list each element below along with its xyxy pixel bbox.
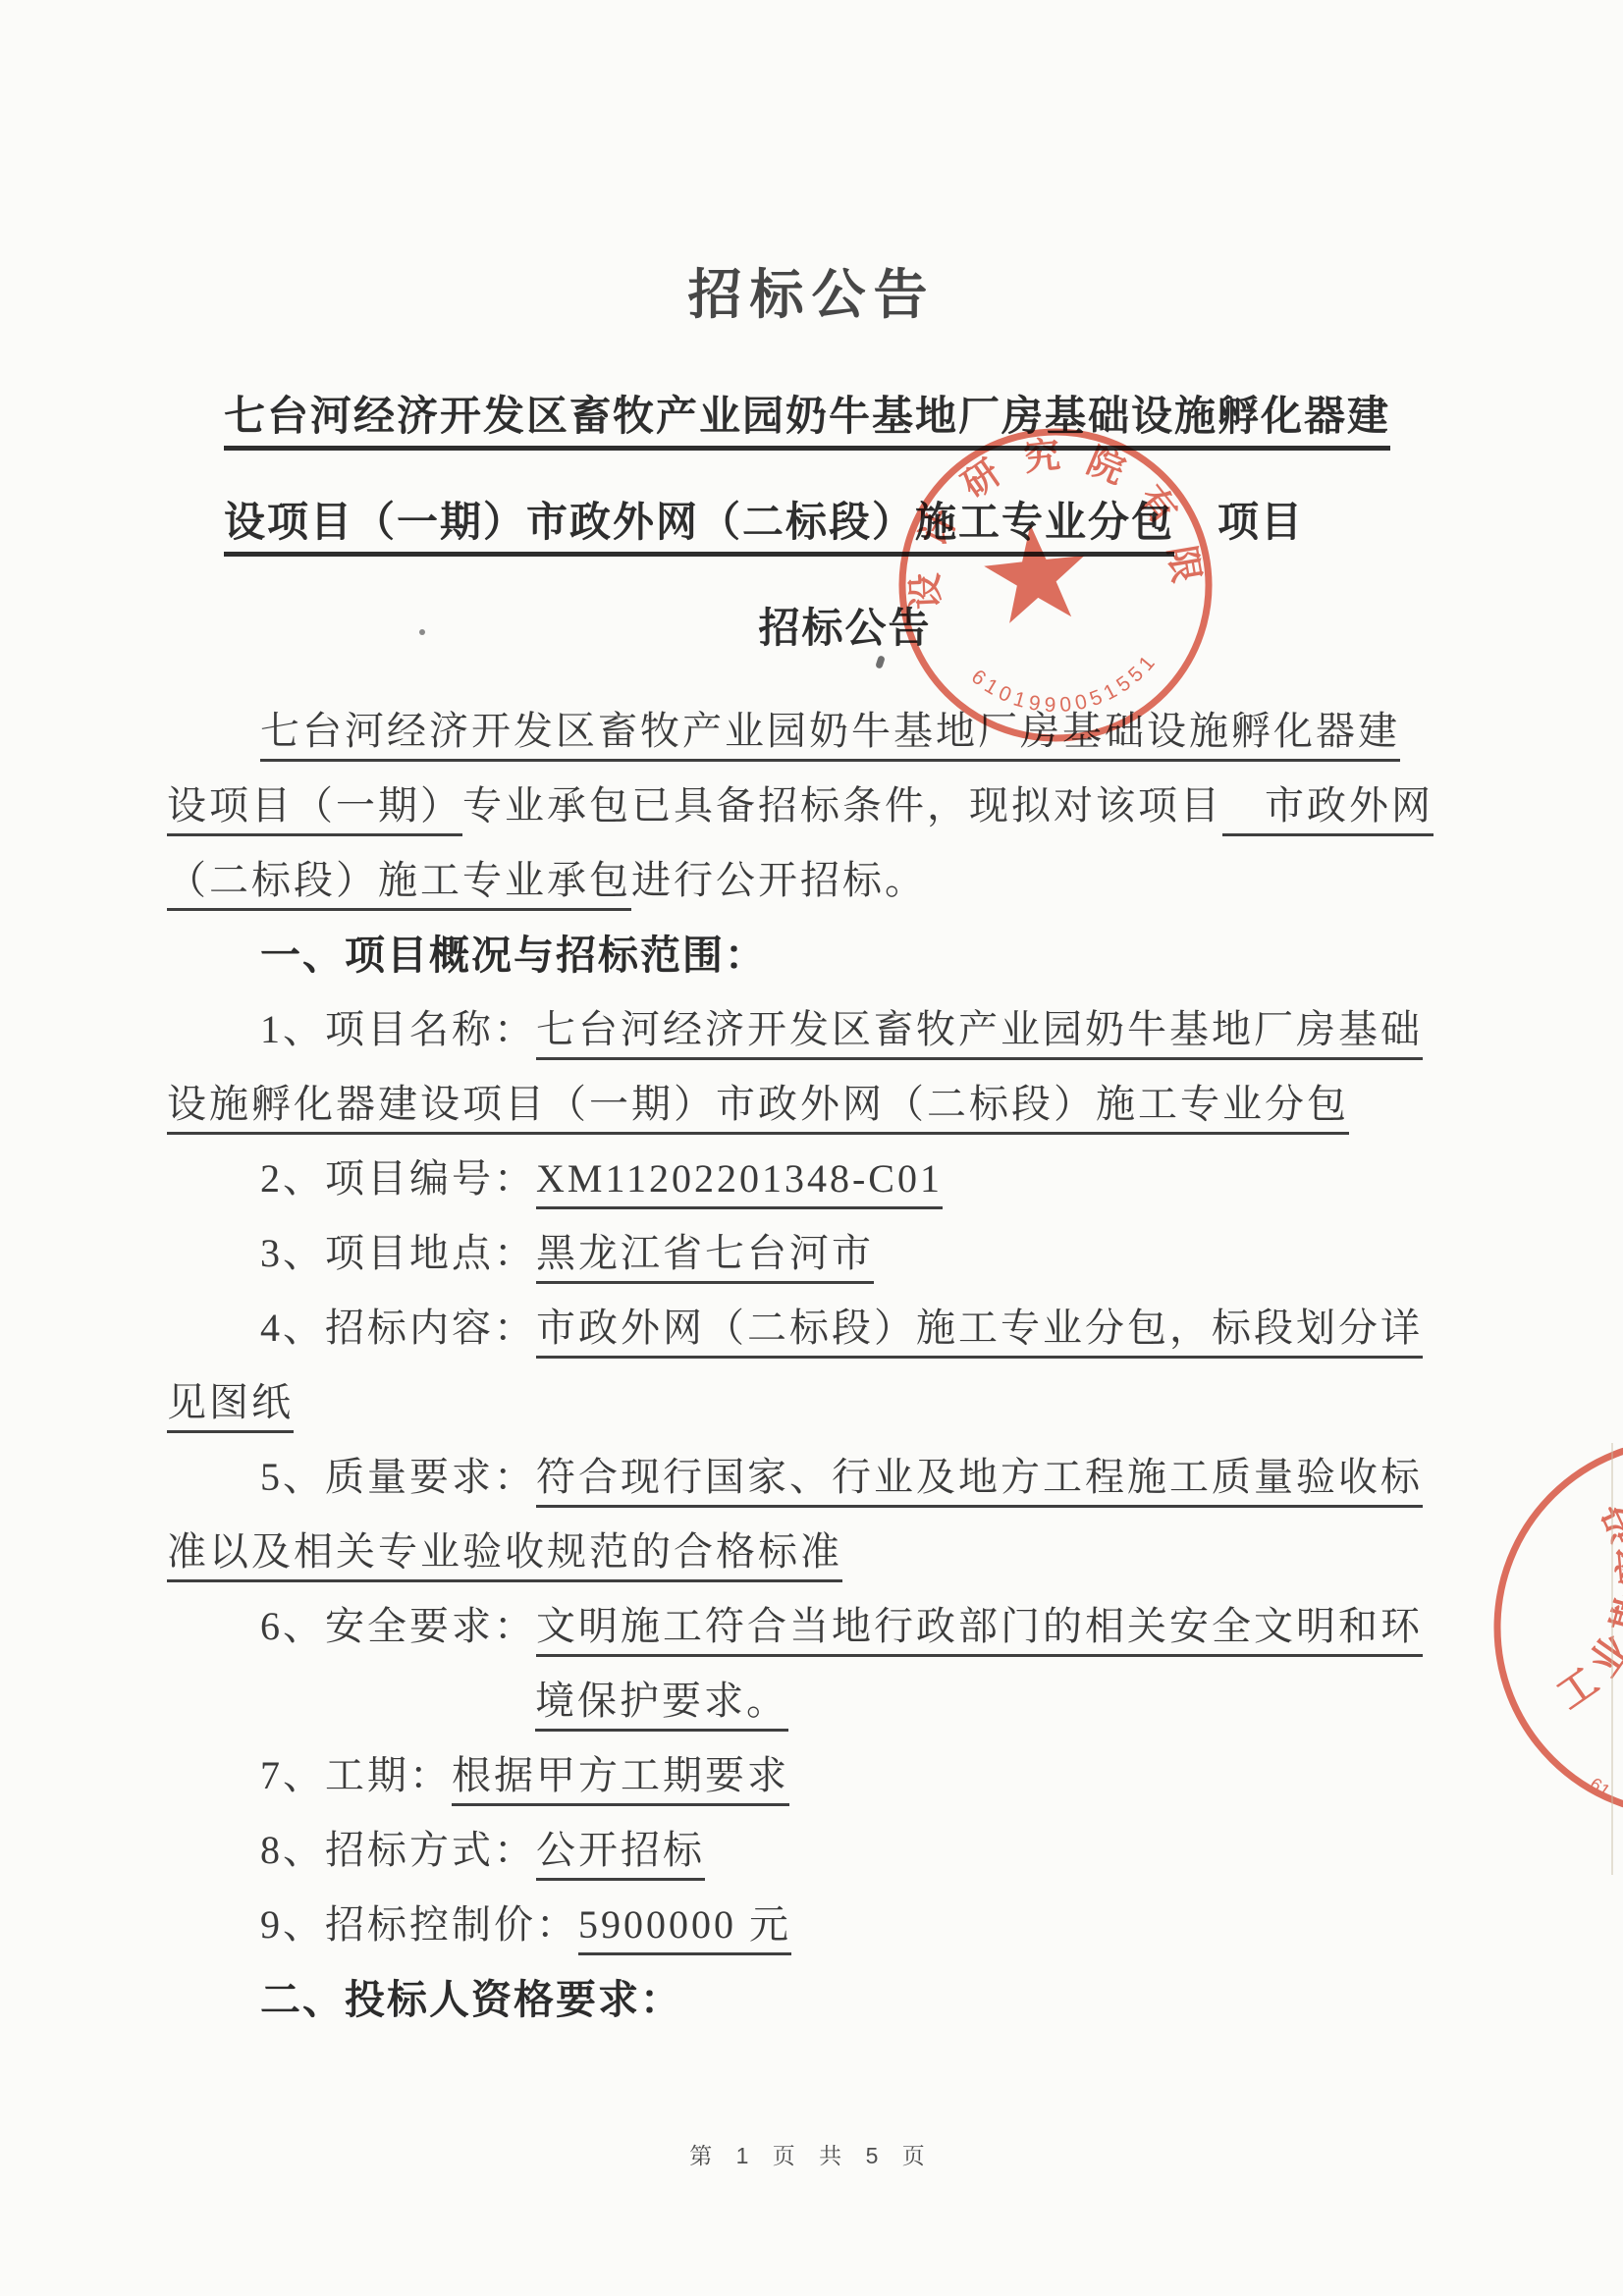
document-body: 七台河经济开发区畜牧产业园奶牛基地厂房基础设施孵化器建设项目（一期）专业承包已具… [167, 707, 1463, 2050]
text-line: 境保护要求。 [167, 1677, 1463, 1751]
text-line: 设施孵化器建设项目（一期）市政外网（二标段）施工专业分包 [167, 1080, 1463, 1154]
text-line: 一、项目概况与招标范围： [167, 931, 1463, 1005]
text-segment: 设项目（一期） [167, 783, 462, 836]
text-segment: 根据甲方工期要求 [452, 1753, 789, 1806]
text-segment: 专业承包已具备招标条件，现拟对该项目 [462, 783, 1222, 828]
text-line: 4、招标内容：市政外网（二标段）施工专业分包，标段划分详 [167, 1304, 1463, 1378]
text-segment: 符合现行国家、行业及地方工程施工质量验收标 [536, 1455, 1423, 1508]
seal-ring [1497, 1441, 1623, 1814]
text-segment: 4、招标内容： [260, 1306, 536, 1350]
partial-seal-stamp: 工业勘察设 61 [1443, 1431, 1623, 1824]
ink-speck [419, 629, 425, 635]
text-segment: 9、招标控制价： [260, 1902, 578, 1947]
text-segment: 3、项目地点： [260, 1231, 536, 1275]
scan-edge-artifact [1611, 1443, 1613, 1875]
company-seal-stamp: 工业设计研究院有限公司 6101990051551 [872, 401, 1239, 769]
text-segment: 设施孵化器建设项目（一期）市政外网（二标段）施工专业分包 [167, 1082, 1349, 1135]
text-segment: 6、安全要求： [260, 1604, 536, 1648]
text-line: 7、工期：根据甲方工期要求 [167, 1751, 1463, 1826]
text-segment: 5900000 元 [578, 1902, 791, 1955]
project-heading: 七台河经济开发区畜牧产业园奶牛基地厂房基础设施孵化器建设项目（一期）市政外网（二… [224, 391, 1466, 709]
text-segment: （二标段）施工专业承包 [167, 858, 631, 911]
text-segment: 2、项目编号： [260, 1156, 536, 1201]
text-line: 招标公告 [224, 603, 1466, 709]
scanned-document-page: 招标公告 七台河经济开发区畜牧产业园奶牛基地厂房基础设施孵化器建设项目（一期）市… [0, 0, 1623, 2296]
text-line: 3、项目地点：黑龙江省七台河市 [167, 1229, 1463, 1304]
text-line: 1、项目名称：七台河经济开发区畜牧产业园奶牛基地厂房基础 [167, 1005, 1463, 1080]
text-line: 准以及相关专业验收规范的合格标准 [167, 1527, 1463, 1602]
text-segment: 市政外网 [1222, 783, 1434, 836]
seal-star-icon [980, 519, 1090, 625]
text-line: 二、投标人资格要求： [167, 1975, 1463, 2050]
text-segment: 进行公开招标。 [631, 858, 927, 902]
text-line: （二标段）施工专业承包进行公开招标。 [167, 856, 1463, 931]
text-segment: 一、项目概况与招标范围： [260, 933, 767, 978]
text-segment: 1、项目名称： [260, 1007, 536, 1051]
text-line: 2、项目编号：XM11202201348-C01 [167, 1154, 1463, 1229]
text-line: 9、招标控制价：5900000 元 [167, 1900, 1463, 1975]
text-segment: 7、工期： [260, 1753, 452, 1797]
text-segment: XM11202201348-C01 [536, 1156, 943, 1209]
text-segment: 准以及相关专业验收规范的合格标准 [167, 1529, 842, 1582]
text-line: 七台河经济开发区畜牧产业园奶牛基地厂房基础设施孵化器建 [167, 707, 1463, 781]
page-title: 招标公告 [0, 251, 1623, 329]
text-line: 设项目（一期）专业承包已具备招标条件，现拟对该项目 市政外网 [167, 781, 1463, 856]
text-segment: 8、招标方式： [260, 1828, 536, 1872]
text-line: 七台河经济开发区畜牧产业园奶牛基地厂房基础设施孵化器建 [224, 391, 1466, 497]
text-line: 8、招标方式：公开招标 [167, 1826, 1463, 1900]
text-segment: 见图纸 [167, 1380, 294, 1433]
text-segment: 七台河经济开发区畜牧产业园奶牛基地厂房基础 [536, 1007, 1423, 1060]
text-segment: 文明施工符合当地行政部门的相关安全文明和环 [536, 1604, 1423, 1657]
text-line: 见图纸 [167, 1378, 1463, 1453]
text-line: 6、安全要求：文明施工符合当地行政部门的相关安全文明和环 [167, 1602, 1463, 1677]
text-segment: 七台河经济开发区畜牧产业园奶牛基地厂房基础设施孵化器建 [224, 393, 1390, 451]
text-segment: 公开招标 [536, 1828, 705, 1881]
text-segment: 二、投标人资格要求： [260, 1977, 682, 2022]
text-segment: 市政外网（二标段）施工专业分包，标段划分详 [536, 1306, 1423, 1359]
text-line: 5、质量要求：符合现行国家、行业及地方工程施工质量验收标 [167, 1453, 1463, 1527]
text-segment: 5、质量要求： [260, 1455, 536, 1499]
text-line: 设项目（一期）市政外网（二标段）施工专业分包 项目 [224, 497, 1466, 603]
text-segment: 黑龙江省七台河市 [536, 1231, 874, 1284]
page-number: 第 1 页 共 5 页 [0, 2138, 1623, 2170]
text-segment: 境保护要求。 [535, 1679, 788, 1732]
